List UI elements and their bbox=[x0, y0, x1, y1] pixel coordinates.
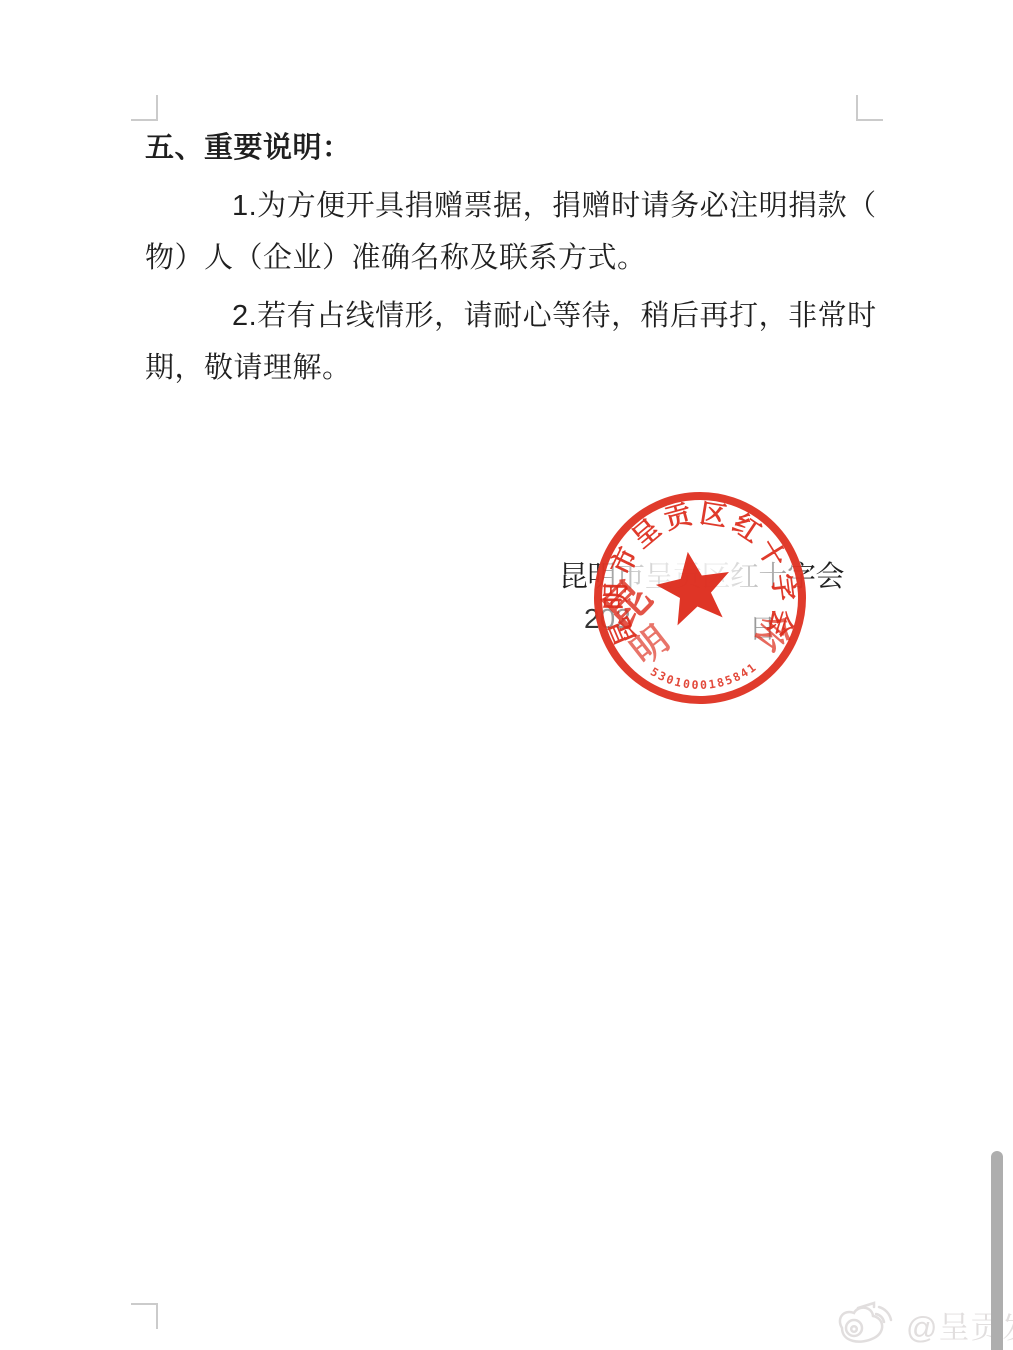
text-boundary-corner-top-right bbox=[856, 95, 883, 121]
document-page: 五、重要说明： 1.为方便开具捐赠票据，捐赠时请务必注明捐款（ 物）人（企业）准… bbox=[0, 0, 1013, 1350]
seal-graphic: 昆明市呈贡区红十字会 5301000185841 昆 明 会 bbox=[590, 488, 810, 708]
weibo-watermark: @呈贡发布 bbox=[828, 1298, 1013, 1350]
paragraph-line: 期，敬请理解。 bbox=[145, 342, 865, 394]
paragraph-line: 物）人（企业）准确名称及联系方式。 bbox=[145, 232, 865, 284]
paragraph-line: 2.若有占线情形，请耐心等待，稍后再打，非常时 bbox=[145, 290, 865, 342]
paragraph-1: 1.为方便开具捐赠票据，捐赠时请务必注明捐款（ 物）人（企业）准确名称及联系方式… bbox=[145, 180, 865, 284]
paragraph-2: 2.若有占线情形，请耐心等待，稍后再打，非常时 期，敬请理解。 bbox=[145, 290, 865, 394]
document-body: 五、重要说明： 1.为方便开具捐赠票据，捐赠时请务必注明捐款（ 物）人（企业）准… bbox=[145, 122, 865, 394]
text-boundary-corner-top-left bbox=[131, 95, 158, 121]
text-boundary-corner-bottom-left bbox=[131, 1303, 158, 1329]
scrollbar[interactable] bbox=[991, 1151, 1003, 1350]
weibo-logo-icon bbox=[828, 1298, 906, 1350]
official-red-seal: 昆明市呈贡区红十字会 5301000185841 昆 明 会 bbox=[590, 488, 810, 708]
paragraph-line: 1.为方便开具捐赠票据，捐赠时请务必注明捐款（ bbox=[145, 180, 865, 232]
section-heading: 五、重要说明： bbox=[145, 122, 865, 174]
